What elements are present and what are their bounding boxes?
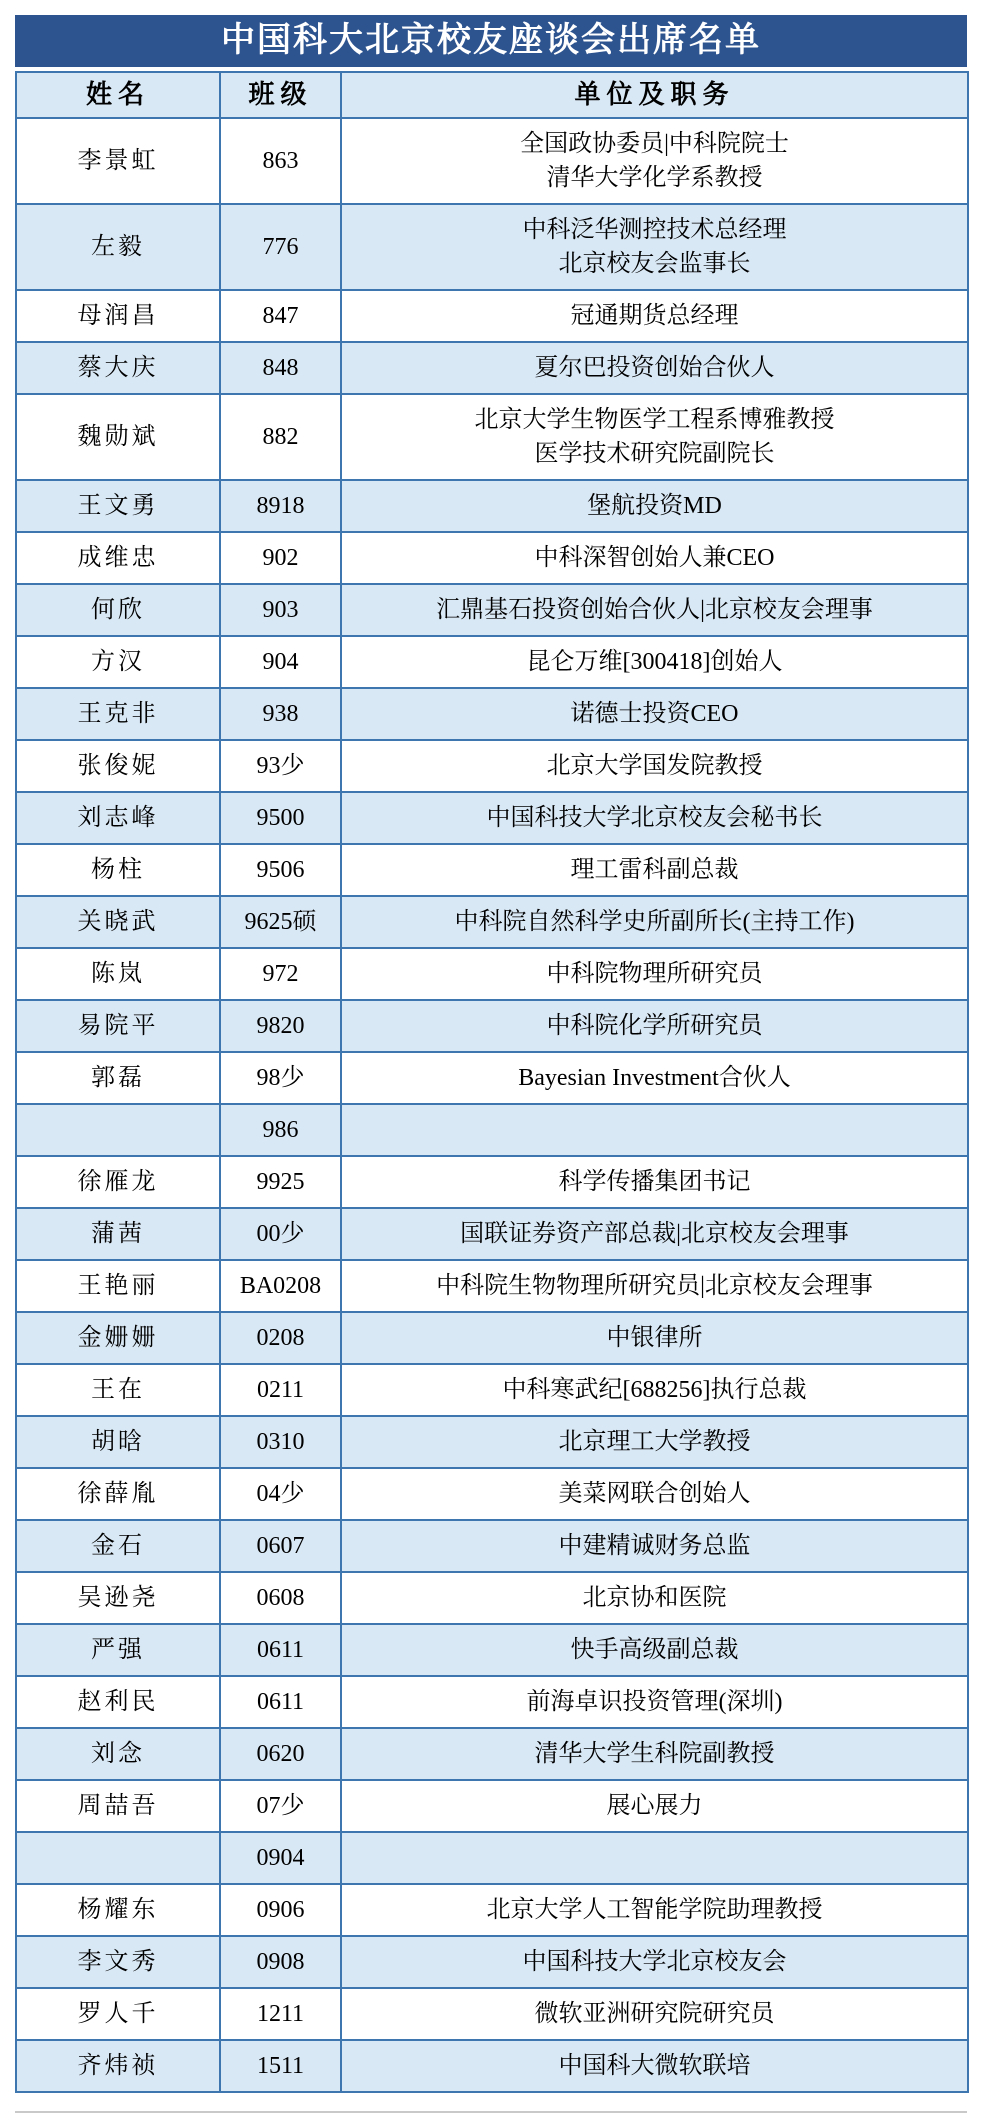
class-cell: 04少 — [220, 1468, 341, 1520]
name-cell: 蔡大庆 — [16, 342, 220, 394]
class-cell: 0906 — [220, 1884, 341, 1936]
name-cell: 刘念 — [16, 1728, 220, 1780]
name-cell: 李景虹 — [16, 118, 220, 204]
position-cell: 中国科技大学北京校友会 — [341, 1936, 968, 1988]
position-cell: 快手高级副总裁 — [341, 1624, 968, 1676]
name-cell: 魏勋斌 — [16, 394, 220, 480]
class-cell: 0211 — [220, 1364, 341, 1416]
table-row: 魏勋斌882北京大学生物医学工程系博雅教授 医学技术研究院副院长 — [16, 394, 968, 480]
position-cell: 堡航投资MD — [341, 480, 968, 532]
class-cell: 98少 — [220, 1052, 341, 1104]
table-row: 左毅776中科泛华测控技术总经理 北京校友会监事长 — [16, 204, 968, 290]
class-cell: 00少 — [220, 1208, 341, 1260]
name-cell: 张俊妮 — [16, 740, 220, 792]
table-row: 刘志峰9500中国科技大学北京校友会秘书长 — [16, 792, 968, 844]
name-cell: 陈岚 — [16, 948, 220, 1000]
name-cell: 周喆吾 — [16, 1780, 220, 1832]
name-cell: 左毅 — [16, 204, 220, 290]
table-row: 赵利民0611前海卓识投资管理(深圳) — [16, 1676, 968, 1728]
table-row: 杨耀东0906北京大学人工智能学院助理教授 — [16, 1884, 968, 1936]
class-cell: 9925 — [220, 1156, 341, 1208]
name-cell: 徐薛胤 — [16, 1468, 220, 1520]
position-cell: 中科寒武纪[688256]执行总裁 — [341, 1364, 968, 1416]
class-cell: 972 — [220, 948, 341, 1000]
class-cell: 902 — [220, 532, 341, 584]
class-cell: 776 — [220, 204, 341, 290]
name-cell: 王艳丽 — [16, 1260, 220, 1312]
class-cell: 0620 — [220, 1728, 341, 1780]
class-cell: BA0208 — [220, 1260, 341, 1312]
position-cell: 中科泛华测控技术总经理 北京校友会监事长 — [341, 204, 968, 290]
class-cell: 9500 — [220, 792, 341, 844]
class-cell: 0611 — [220, 1676, 341, 1728]
class-cell: 903 — [220, 584, 341, 636]
class-cell: 986 — [220, 1104, 341, 1156]
table-row: 母润昌847冠通期货总经理 — [16, 290, 968, 342]
class-cell: 882 — [220, 394, 341, 480]
position-cell: 科学传播集团书记 — [341, 1156, 968, 1208]
table-row: 周喆吾07少展心展力 — [16, 1780, 968, 1832]
table-header: 姓名 班级 单位及职务 — [16, 72, 968, 118]
position-cell: 中科院物理所研究员 — [341, 948, 968, 1000]
col-header-class: 班级 — [220, 72, 341, 118]
table-row: 罗人千1211微软亚洲研究院研究员 — [16, 1988, 968, 2040]
position-cell: 清华大学生科院副教授 — [341, 1728, 968, 1780]
name-cell: 胡晗 — [16, 1416, 220, 1468]
name-cell: 杨耀东 — [16, 1884, 220, 1936]
table-row: 陈岚972中科院物理所研究员 — [16, 948, 968, 1000]
table-row: 0904 — [16, 1832, 968, 1884]
table-row: 方汉904昆仑万维[300418]创始人 — [16, 636, 968, 688]
table-row: 徐薛胤04少美菜网联合创始人 — [16, 1468, 968, 1520]
class-cell: 847 — [220, 290, 341, 342]
bottom-divider — [15, 2111, 967, 2113]
position-cell: 微软亚洲研究院研究员 — [341, 1988, 968, 2040]
position-cell: 北京协和医院 — [341, 1572, 968, 1624]
position-cell: Bayesian Investment合伙人 — [341, 1052, 968, 1104]
table-row: 蒲茜00少国联证券资产部总裁|北京校友会理事 — [16, 1208, 968, 1260]
table-row: 李文秀0908中国科技大学北京校友会 — [16, 1936, 968, 1988]
name-cell: 严强 — [16, 1624, 220, 1676]
name-cell: 方汉 — [16, 636, 220, 688]
class-cell: 938 — [220, 688, 341, 740]
class-cell: 0310 — [220, 1416, 341, 1468]
class-cell: 0608 — [220, 1572, 341, 1624]
class-cell: 848 — [220, 342, 341, 394]
position-cell: 全国政协委员|中科院院士 清华大学化学系教授 — [341, 118, 968, 204]
table-row: 成维忠902中科深智创始人兼CEO — [16, 532, 968, 584]
position-cell: 中国科技大学北京校友会秘书长 — [341, 792, 968, 844]
name-cell: 刘志峰 — [16, 792, 220, 844]
table-row: 王克非938诺德士投资CEO — [16, 688, 968, 740]
attendee-table: 姓名 班级 单位及职务 李景虹863全国政协委员|中科院院士 清华大学化学系教授… — [15, 71, 969, 2093]
table-row: 蔡大庆848夏尔巴投资创始合伙人 — [16, 342, 968, 394]
name-cell: 何欣 — [16, 584, 220, 636]
table-row: 王艳丽BA0208中科院生物物理所研究员|北京校友会理事 — [16, 1260, 968, 1312]
header-row: 姓名 班级 单位及职务 — [16, 72, 968, 118]
position-cell — [341, 1832, 968, 1884]
class-cell: 0904 — [220, 1832, 341, 1884]
position-cell: 展心展力 — [341, 1780, 968, 1832]
class-cell: 9625硕 — [220, 896, 341, 948]
table-row: 金姗姗0208中银律所 — [16, 1312, 968, 1364]
position-cell: 诺德士投资CEO — [341, 688, 968, 740]
position-cell: 中科深智创始人兼CEO — [341, 532, 968, 584]
class-cell: 0908 — [220, 1936, 341, 1988]
class-cell: 93少 — [220, 740, 341, 792]
table-row: 何欣903汇鼎基石投资创始合伙人|北京校友会理事 — [16, 584, 968, 636]
name-cell: 杨柱 — [16, 844, 220, 896]
col-header-position: 单位及职务 — [341, 72, 968, 118]
position-cell: 昆仑万维[300418]创始人 — [341, 636, 968, 688]
position-cell: 北京大学国发院教授 — [341, 740, 968, 792]
name-cell: 王克非 — [16, 688, 220, 740]
table-row: 易院平9820中科院化学所研究员 — [16, 1000, 968, 1052]
table-row: 关晓武9625硕中科院自然科学史所副所长(主持工作) — [16, 896, 968, 948]
table-row: 齐炜祯1511中国科大微软联培 — [16, 2040, 968, 2092]
name-cell: 赵利民 — [16, 1676, 220, 1728]
class-cell: 9506 — [220, 844, 341, 896]
page-title: 中国科大北京校友座谈会出席名单 — [15, 15, 967, 67]
position-cell: 冠通期货总经理 — [341, 290, 968, 342]
table-row: 张俊妮93少北京大学国发院教授 — [16, 740, 968, 792]
class-cell: 863 — [220, 118, 341, 204]
table-row: 严强0611快手高级副总裁 — [16, 1624, 968, 1676]
position-cell: 汇鼎基石投资创始合伙人|北京校友会理事 — [341, 584, 968, 636]
table-row: 刘念0620清华大学生科院副教授 — [16, 1728, 968, 1780]
class-cell: 0208 — [220, 1312, 341, 1364]
table-row: 金石0607中建精诚财务总监 — [16, 1520, 968, 1572]
class-cell: 0611 — [220, 1624, 341, 1676]
position-cell: 前海卓识投资管理(深圳) — [341, 1676, 968, 1728]
table-row: 杨柱9506理工雷科副总裁 — [16, 844, 968, 896]
table-row: 李景虹863全国政协委员|中科院院士 清华大学化学系教授 — [16, 118, 968, 204]
name-cell: 吴逊尧 — [16, 1572, 220, 1624]
position-cell: 中建精诚财务总监 — [341, 1520, 968, 1572]
position-cell: 理工雷科副总裁 — [341, 844, 968, 896]
position-cell: 北京大学生物医学工程系博雅教授 医学技术研究院副院长 — [341, 394, 968, 480]
name-cell: 易院平 — [16, 1000, 220, 1052]
position-cell: 夏尔巴投资创始合伙人 — [341, 342, 968, 394]
name-cell: 李文秀 — [16, 1936, 220, 1988]
table-row: 986 — [16, 1104, 968, 1156]
class-cell: 07少 — [220, 1780, 341, 1832]
class-cell: 9820 — [220, 1000, 341, 1052]
position-cell: 美菜网联合创始人 — [341, 1468, 968, 1520]
name-cell: 王在 — [16, 1364, 220, 1416]
name-cell: 关晓武 — [16, 896, 220, 948]
class-cell: 904 — [220, 636, 341, 688]
name-cell: 王文勇 — [16, 480, 220, 532]
position-cell — [341, 1104, 968, 1156]
name-cell: 金石 — [16, 1520, 220, 1572]
name-cell: 蒲茜 — [16, 1208, 220, 1260]
table-row: 王在0211中科寒武纪[688256]执行总裁 — [16, 1364, 968, 1416]
position-cell: 中科院生物物理所研究员|北京校友会理事 — [341, 1260, 968, 1312]
position-cell: 中国科大微软联培 — [341, 2040, 968, 2092]
position-cell: 北京理工大学教授 — [341, 1416, 968, 1468]
class-cell: 0607 — [220, 1520, 341, 1572]
name-cell: 徐雁龙 — [16, 1156, 220, 1208]
name-cell: 成维忠 — [16, 532, 220, 584]
table-row: 胡晗0310北京理工大学教授 — [16, 1416, 968, 1468]
name-cell: 母润昌 — [16, 290, 220, 342]
name-cell: 金姗姗 — [16, 1312, 220, 1364]
class-cell: 1211 — [220, 1988, 341, 2040]
col-header-name: 姓名 — [16, 72, 220, 118]
page: 中国科大北京校友座谈会出席名单 姓名 班级 单位及职务 李景虹863全国政协委员… — [0, 0, 982, 2123]
position-cell: 中银律所 — [341, 1312, 968, 1364]
name-cell — [16, 1104, 220, 1156]
table-row: 王文勇8918堡航投资MD — [16, 480, 968, 532]
attendee-table-body: 李景虹863全国政协委员|中科院院士 清华大学化学系教授左毅776中科泛华测控技… — [16, 118, 968, 2092]
position-cell: 北京大学人工智能学院助理教授 — [341, 1884, 968, 1936]
table-row: 郭磊98少Bayesian Investment合伙人 — [16, 1052, 968, 1104]
position-cell: 中科院化学所研究员 — [341, 1000, 968, 1052]
class-cell: 8918 — [220, 480, 341, 532]
table-row: 徐雁龙9925科学传播集团书记 — [16, 1156, 968, 1208]
class-cell: 1511 — [220, 2040, 341, 2092]
name-cell: 罗人千 — [16, 1988, 220, 2040]
name-cell: 齐炜祯 — [16, 2040, 220, 2092]
position-cell: 国联证券资产部总裁|北京校友会理事 — [341, 1208, 968, 1260]
position-cell: 中科院自然科学史所副所长(主持工作) — [341, 896, 968, 948]
name-cell: 郭磊 — [16, 1052, 220, 1104]
name-cell — [16, 1832, 220, 1884]
table-row: 吴逊尧0608北京协和医院 — [16, 1572, 968, 1624]
